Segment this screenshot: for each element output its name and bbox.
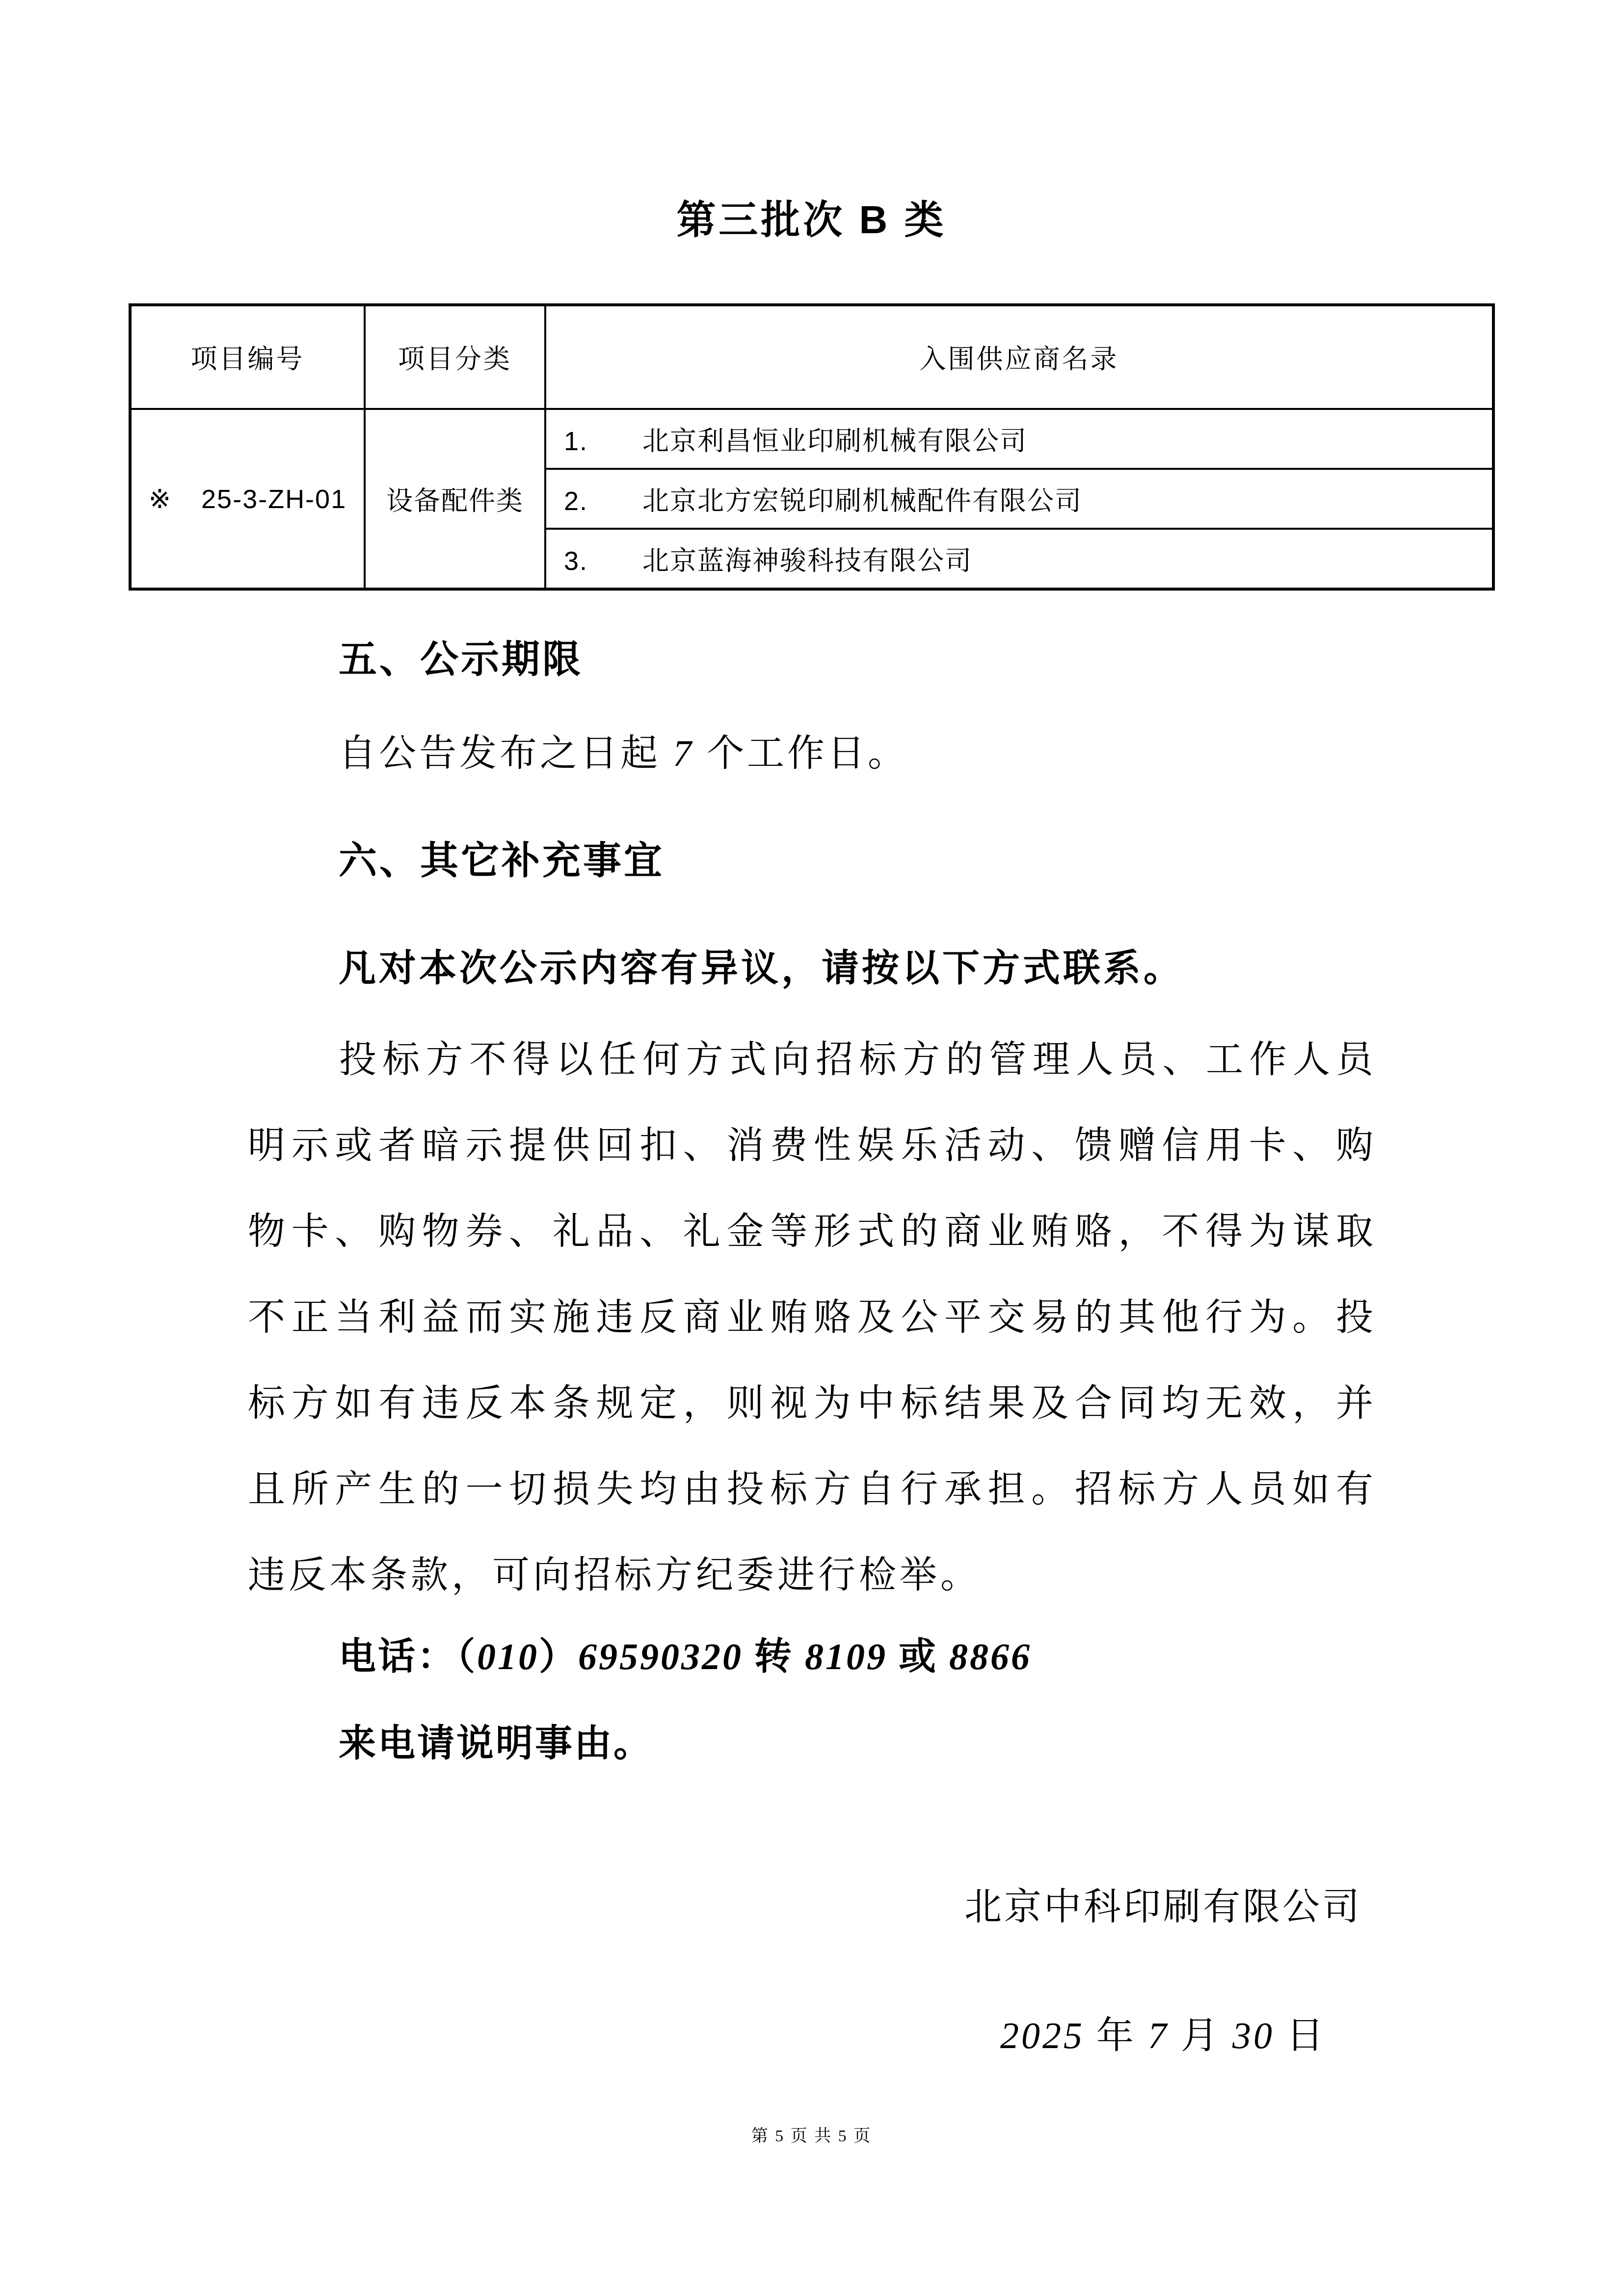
column-header-project-id: 项目编号 [130,305,365,409]
section-six-heading: 六、其它补充事宜 [339,837,665,884]
project-marker: ※ [149,485,172,514]
supplier-number: 3. [564,546,642,576]
section-six-lead: 凡对本次公示内容有异议，请按以下方式联系。 [339,945,1184,992]
supplier-number: 1. [564,426,642,457]
supplier-name: 北京北方宏锐印刷机械配件有限公司 [642,486,1082,516]
anti-bribery-paragraph: 投标方不得以任何方式向招标方的管理人员、工作人员 明示或者暗示提供回扣、消费性娱… [248,1017,1377,1619]
paragraph-line: 标方如有违反本条规定，则视为中标结果及合同均无效，并 [248,1361,1377,1447]
column-header-category: 项目分类 [365,305,545,409]
project-category-cell: 设备配件类 [365,409,545,589]
supplier-name: 北京蓝海神骏科技有限公司 [642,546,972,576]
signature-date: 2025 年 7 月 30 日 [945,2013,1382,2059]
paragraph-line: 物卡、购物券、礼品、礼金等形式的商业贿赂，不得为谋取 [248,1189,1377,1275]
supplier-cell-2: 2.北京北方宏锐印刷机械配件有限公司 [545,469,1493,529]
table-header-row: 项目编号 项目分类 入围供应商名录 [130,305,1493,409]
paragraph-line: 明示或者暗示提供回扣、消费性娱乐活动、馈赠信用卡、购 [248,1103,1377,1189]
signature-company: 北京中科印刷有限公司 [945,1884,1382,1931]
supplier-name: 北京利昌恒业印刷机械有限公司 [642,427,1027,456]
supplier-cell-3: 3.北京蓝海神骏科技有限公司 [545,529,1493,589]
paragraph-line: 投标方不得以任何方式向招标方的管理人员、工作人员 [248,1017,1377,1103]
section-five-body: 自公告发布之日起 7 个工作日。 [339,730,908,777]
table-row: ※25-3-ZH-01 设备配件类 1.北京利昌恒业印刷机械有限公司 [130,409,1493,469]
paragraph-line: 不正当利益而实施违反商业贿赂及公平交易的其他行为。投 [248,1275,1377,1361]
supplier-cell-1: 1.北京利昌恒业印刷机械有限公司 [545,409,1493,469]
page-number-footer: 第 5 页 共 5 页 [0,2127,1623,2146]
paragraph-line: 且所产生的一切损失均由投标方自行承担。招标方人员如有 [248,1447,1377,1533]
contact-note: 来电请说明事由。 [339,1721,653,1767]
column-header-suppliers: 入围供应商名录 [545,305,1493,409]
section-five-heading: 五、公示期限 [339,636,583,683]
page-title: 第三批次 B 类 [0,195,1623,244]
contact-phone: 电话：（010）69590320 转 8109 或 8866 [339,1634,1032,1680]
project-id-cell: ※25-3-ZH-01 [130,409,365,589]
supplier-number: 2. [564,486,642,516]
suppliers-table: 项目编号 项目分类 入围供应商名录 ※25-3-ZH-01 设备配件类 1.北京… [129,303,1495,591]
document-page: 第三批次 B 类 项目编号 项目分类 入围供应商名录 ※25-3-ZH-01 设… [0,0,1623,2296]
paragraph-line: 违反本条款，可向招标方纪委进行检举。 [248,1533,1377,1619]
project-id: 25-3-ZH-01 [201,485,346,514]
